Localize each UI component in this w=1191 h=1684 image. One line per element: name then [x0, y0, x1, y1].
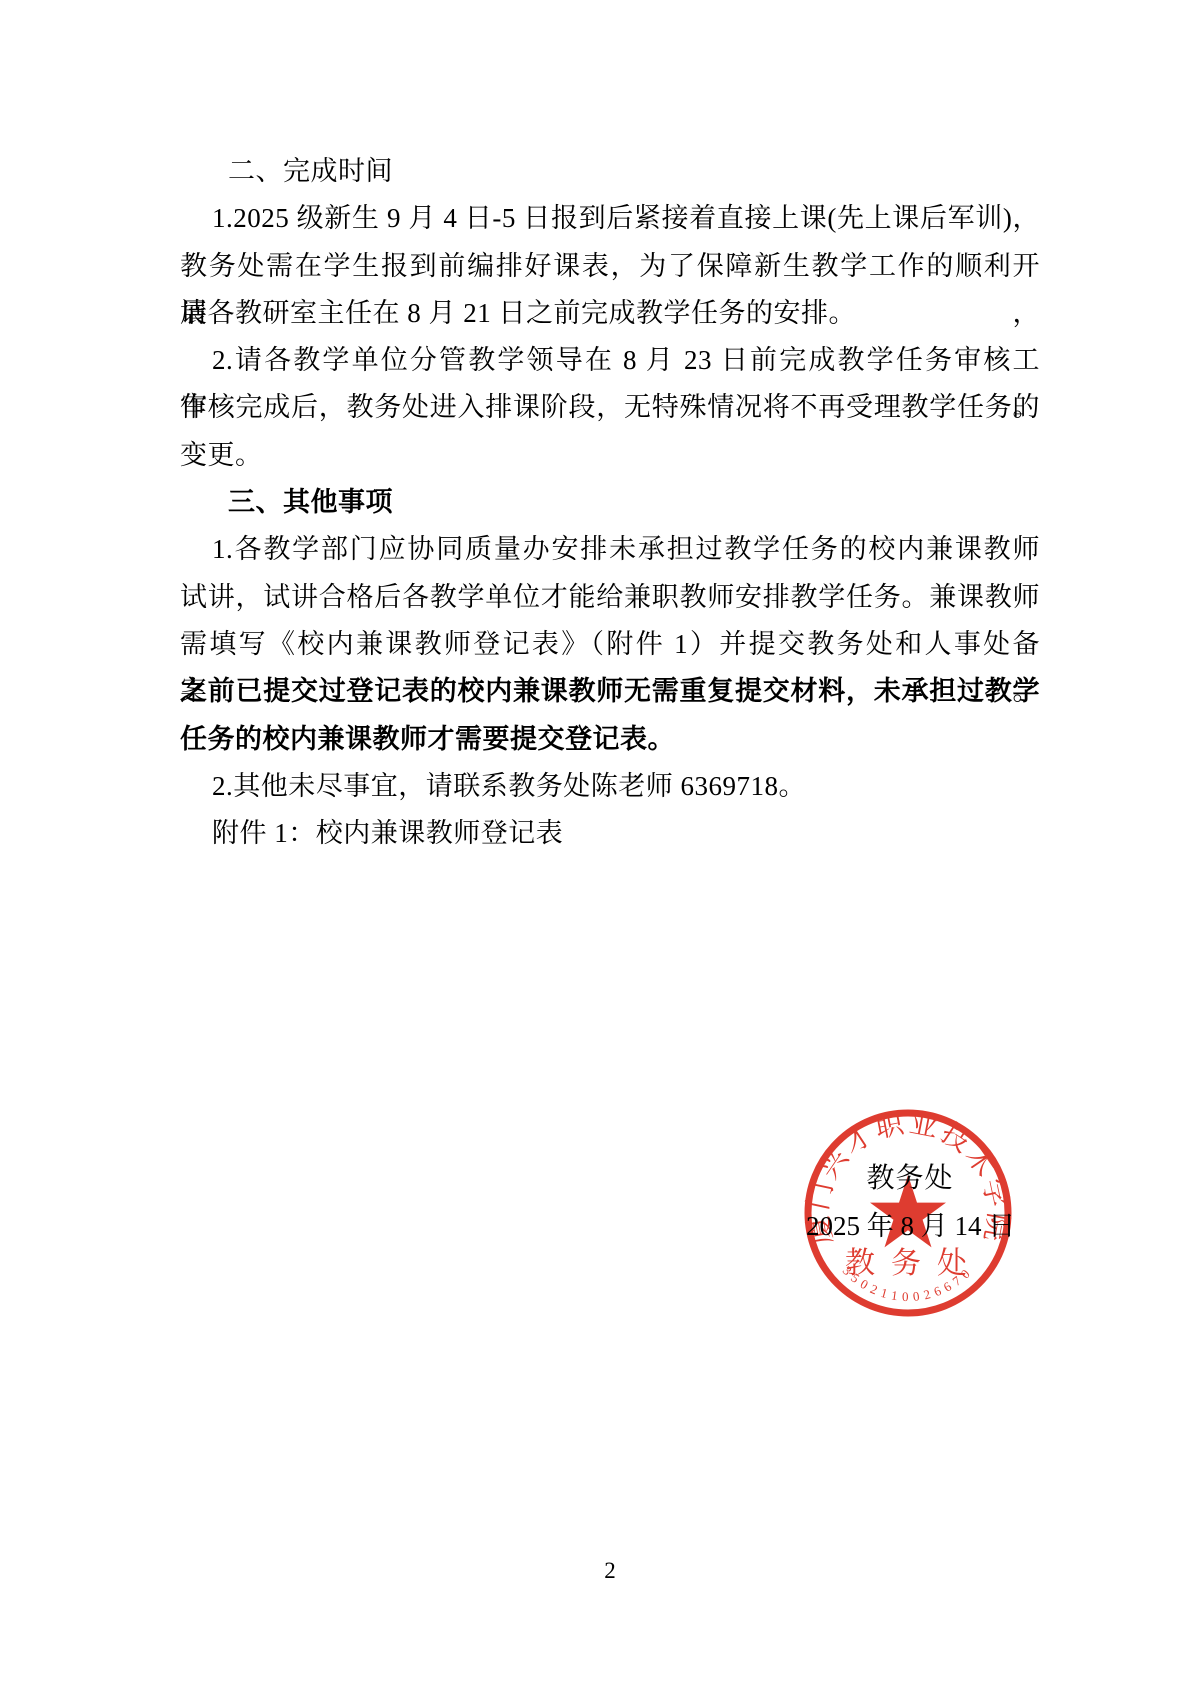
doc-line: 2.请各教学单位分管教学领导在 8 月 23 日前完成教学任务审核工作。 [180, 337, 1040, 384]
doc-line: 任务的校内兼课教师才需要提交登记表。 [180, 716, 1040, 763]
page-number: 2 [570, 1556, 650, 1586]
doc-line: 试讲，试讲合格后各教学单位才能给兼职教师安排教学任务。兼课教师 [180, 574, 1040, 621]
doc-line: 审核完成后，教务处进入排课阶段，无特殊情况将不再受理教学任务的 [180, 384, 1040, 431]
official-stamp: 厦门兴才职业技术学院 教务处 3502110026670 [800, 1105, 1016, 1321]
doc-line: 变更。 [180, 432, 1040, 479]
doc-line: 教务处需在学生报到前编排好课表，为了保障新生教学工作的顺利开展， [180, 243, 1040, 290]
doc-line: 之前已提交过登记表的校内兼课教师无需重复提交材料，未承担过教学 [180, 668, 1040, 715]
doc-line: 需填写《校内兼课教师登记表》（附件 1）并提交教务处和人事处备案。 [180, 621, 1040, 668]
doc-line: 附件 1：校内兼课教师登记表 [180, 810, 1040, 857]
stamp-star-icon [870, 1175, 946, 1247]
doc-line: 二、完成时间 [180, 148, 1040, 195]
stamp-graphic: 厦门兴才职业技术学院 教务处 3502110026670 [800, 1105, 1016, 1321]
doc-line: 三、其他事项 [180, 479, 1040, 526]
doc-line: 1.各教学部门应协同质量办安排未承担过教学任务的校内兼课教师 [180, 526, 1040, 573]
doc-line: 2.其他未尽事宜，请联系教务处陈老师 6369718。 [180, 763, 1040, 810]
doc-line: 1.2025 级新生 9 月 4 日-5 日报到后紧接着直接上课(先上课后军训)… [180, 195, 1040, 242]
document-body: 二、完成时间1.2025 级新生 9 月 4 日-5 日报到后紧接着直接上课(先… [180, 148, 1040, 857]
document-page: 二、完成时间1.2025 级新生 9 月 4 日-5 日报到后紧接着直接上课(先… [0, 0, 1191, 1684]
